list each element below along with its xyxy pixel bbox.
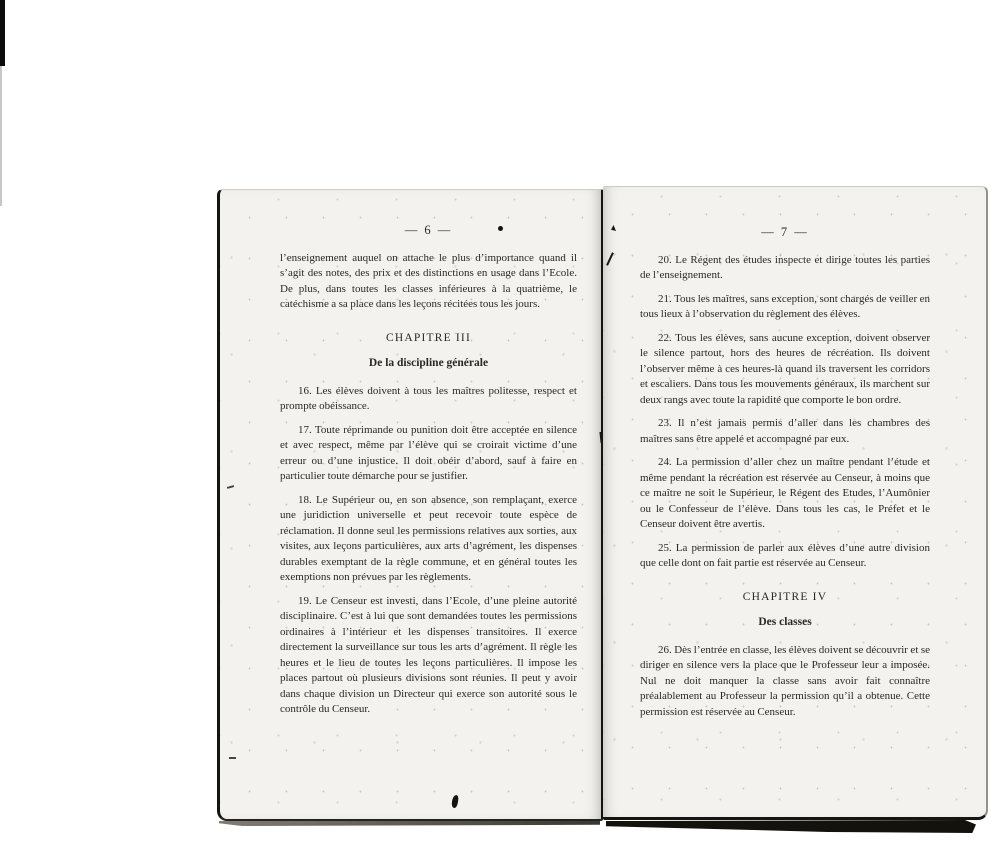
scanned-book-spread: — 6 — l’enseignement auquel on attache l… <box>0 0 1000 847</box>
paragraph: 19. Le Censeur est investi, dans l’Ecole… <box>280 594 577 718</box>
paragraph: l’enseignement auquel on attache le plus… <box>280 251 577 313</box>
ink-dot <box>498 226 503 231</box>
paragraph: 16. Les élèves doivent à tous les maître… <box>280 384 577 415</box>
chapter-subheading: De la discipline générale <box>280 356 577 372</box>
paragraph: 17. Toute réprimande ou punition doit êt… <box>280 423 577 485</box>
paragraph: 26. Dès l’entrée en classe, les élèves d… <box>640 643 930 721</box>
paragraph: 25. La permission de parler aux élèves d… <box>640 541 930 572</box>
page-number-right: — 7 — <box>640 225 930 241</box>
margin-dash <box>229 757 236 759</box>
page-7-content: 20. Le Régent des études inspecte et dir… <box>640 253 930 721</box>
paragraph: 21. Tous les maîtres, sans exception, so… <box>640 292 930 323</box>
chapter-heading: CHAPITRE IV <box>640 590 930 606</box>
paragraph: 22. Tous les élèves, sans aucune excepti… <box>640 331 930 409</box>
paragraph: 23. Il n’est jamais permis d’aller dans … <box>640 416 930 447</box>
page-6: — 6 — l’enseignement auquel on attache l… <box>217 189 603 821</box>
page-number-left: — 6 — <box>280 223 577 239</box>
book-edge-shadow-left <box>219 821 600 826</box>
paragraph: 18. Le Supérieur ou, en son absence, son… <box>280 493 577 586</box>
chapter-heading: CHAPITRE III <box>280 331 577 347</box>
paragraph: 20. Le Régent des études inspecte et dir… <box>640 253 930 284</box>
page-6-content: l’enseignement auquel on attache le plus… <box>280 251 577 718</box>
scan-edge-artifact <box>0 0 5 66</box>
page-7: — 7 — 20. Le Régent des études inspecte … <box>603 186 988 820</box>
paragraph: 24. La permission d’aller chez un maître… <box>640 455 930 533</box>
book-edge-shadow-right <box>606 820 976 833</box>
chapter-subheading: Des classes <box>640 615 930 631</box>
scan-edge-artifact-faint <box>0 66 2 206</box>
